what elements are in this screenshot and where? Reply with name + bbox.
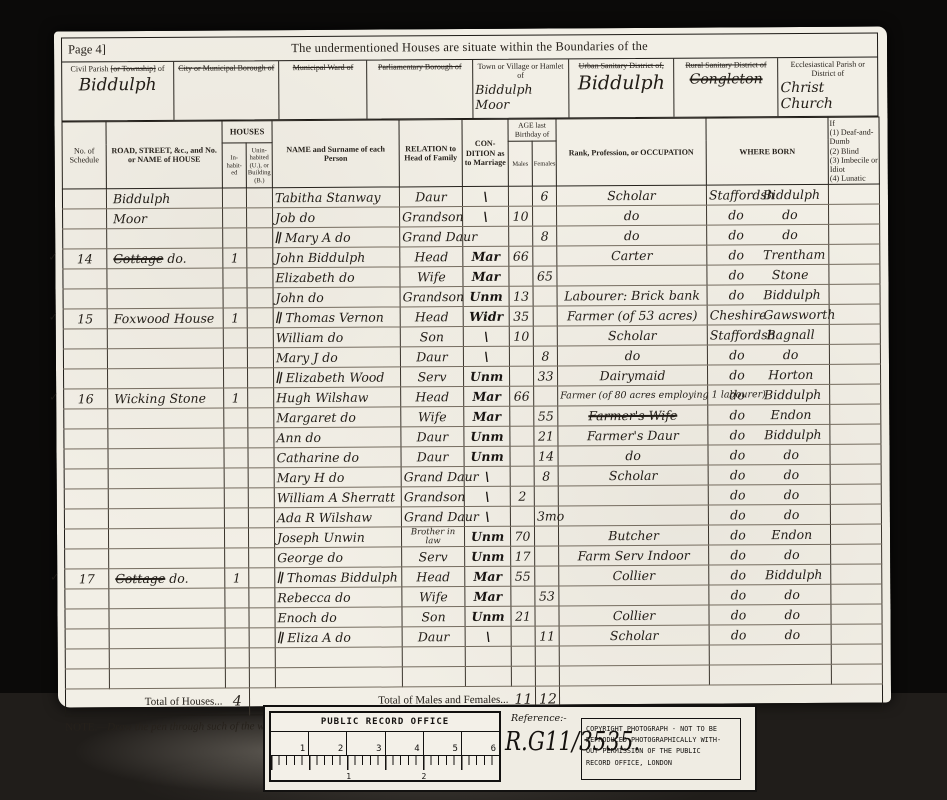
condition-cell: Unm (464, 447, 510, 467)
where-born-cell (709, 645, 831, 666)
age-female-cell: 53 (535, 586, 559, 606)
relation-cell: Daur (400, 347, 463, 367)
relation-cell: Grandson (400, 287, 463, 307)
where-born-cell: dodo (708, 445, 830, 466)
condition-cell (465, 647, 511, 667)
inhabited-cell: 1 (224, 388, 248, 408)
age-female-cell: 14 (534, 446, 558, 466)
name-cell: William do (273, 327, 400, 348)
condition-cell: Unm (463, 287, 509, 307)
infirmity-cell (830, 484, 881, 504)
age-male-cell: 35 (509, 306, 533, 326)
infirmity-cell (830, 524, 881, 544)
relation-cell: Serv (402, 547, 465, 567)
uninhabited-cell (247, 308, 273, 328)
house-cell (107, 288, 223, 309)
copyright-notice: COPYRIGHT PHOTOGRAPH - NOT TO BE REPRODU… (581, 718, 741, 780)
age-female-cell (534, 526, 558, 546)
condition-cell: \ (463, 327, 509, 347)
age-female-cell: 8 (533, 226, 557, 246)
inhabited-cell (223, 348, 247, 368)
inhabited-cell (224, 368, 248, 388)
house-cell: Moor (107, 208, 223, 229)
house-cell: Cottage do. (107, 248, 223, 269)
infirmity-cell (829, 204, 880, 224)
name-cell: Mary J do (273, 347, 400, 368)
schedule-cell (64, 469, 108, 489)
house-cell (109, 608, 225, 629)
uninhabited-cell (247, 248, 273, 268)
census-scan: Page 4] The undermentioned Houses are si… (0, 0, 947, 800)
where-born-cell: doBiddulph (708, 425, 830, 446)
inhabited-cell: 1 (223, 308, 247, 328)
age-male-cell: 66 (509, 246, 533, 266)
relation-cell: Daur (401, 447, 464, 467)
condition-cell: \ (464, 487, 510, 507)
house-cell (109, 548, 225, 569)
col-schedule: No. ofSchedule (62, 122, 106, 190)
condition-cell: Widr (463, 307, 509, 327)
ecclesiastical-value: Christ Church (780, 80, 875, 113)
col-condition: CON-DITION as to Marriage (462, 119, 508, 187)
age-male-cell: 2 (510, 486, 534, 506)
inhabited-cell (224, 508, 248, 528)
uninhabited-cell (249, 648, 275, 668)
uninhabited-cell (248, 368, 274, 388)
col-born: WHERE BORN (706, 117, 828, 185)
name-cell: Enoch do (275, 607, 402, 628)
house-cell: Wicking Stone (108, 388, 224, 409)
house-cell (108, 488, 224, 509)
schedule-cell (64, 429, 108, 449)
infirmity-cell (829, 264, 880, 284)
where-born-cell: doBiddulph (708, 385, 830, 406)
age-female-cell: 65 (533, 266, 557, 286)
district-urban-sanitary: Urban Sanitary District of, Biddulph (569, 59, 675, 118)
uninhabited-cell (249, 548, 275, 568)
age-female-cell (535, 546, 559, 566)
schedule-cell (65, 649, 109, 669)
schedule-cell: ✓15 (63, 309, 107, 329)
name-cell: John do (273, 287, 400, 308)
where-born-cell: StaffordshBagnall (707, 325, 829, 346)
relation-cell: Wife (401, 407, 464, 427)
relation-cell: Grand Daur (401, 507, 464, 527)
relation-cell: Grand Daur (401, 467, 464, 487)
reference-label: Reference:- (511, 713, 567, 724)
inhabited-cell: 1 (225, 568, 249, 588)
name-cell: ∥Thomas Vernon (273, 307, 400, 328)
col-females: Females (532, 141, 556, 186)
age-male-cell (510, 506, 534, 526)
age-female-cell (535, 606, 559, 626)
occupation-cell: Scholar (556, 185, 706, 206)
inhabited-cell (225, 668, 249, 688)
name-cell: Hugh Wilshaw (274, 387, 401, 408)
condition-cell: Mar (465, 567, 511, 587)
relation-cell: Serv (401, 367, 464, 387)
name-cell: Rebecca do (275, 587, 402, 608)
condition-cell: Unm (464, 427, 510, 447)
inhabited-cell (224, 448, 248, 468)
condition-cell: Mar (465, 587, 511, 607)
relation-cell: Son (400, 327, 463, 347)
district-parliamentary-borough: Parliamentary Borough of (367, 60, 473, 119)
uninhabited-cell (249, 628, 275, 648)
infirmity-cell (828, 184, 879, 204)
occupation-cell: Dairymaid (558, 365, 708, 386)
name-cell: Catharine do (274, 447, 401, 468)
infirmity-cell (829, 304, 880, 324)
house-cell (108, 368, 224, 389)
age-female-cell: 3mo (534, 506, 558, 526)
ruler-ticks: 1 2 (271, 756, 499, 780)
district-ecclesiastical: Ecclesiastical Parish or District of Chr… (778, 58, 877, 117)
age-male-cell (511, 666, 535, 686)
schedule-cell (64, 369, 108, 389)
condition-cell: \ (462, 187, 508, 207)
occupation-cell (558, 485, 708, 506)
condition-cell: Mar (463, 267, 509, 287)
uninhabited-cell (248, 508, 274, 528)
where-born-cell: dodo (709, 585, 831, 606)
scale-cells: 1 2 3 4 5 6 (271, 732, 499, 756)
inhabited-cell (225, 628, 249, 648)
relation-cell (402, 667, 465, 687)
where-born-cell: dodo (709, 625, 831, 646)
name-cell: William A Sherratt (274, 487, 401, 508)
district-rural-sanitary: Rural Sanitary District of Congleton (675, 58, 779, 117)
occupation-cell: do (557, 345, 707, 366)
infirmity-cell (830, 424, 881, 444)
house-cell (107, 328, 223, 349)
schedule-cell (63, 229, 107, 249)
occupation-cell: do (557, 205, 707, 226)
schedule-cell (62, 189, 106, 209)
condition-cell (465, 667, 511, 687)
relation-cell: Head (402, 567, 465, 587)
occupation-cell (559, 585, 709, 606)
schedule-cell (63, 329, 107, 349)
age-female-cell (535, 666, 559, 686)
relation-cell: Grandson (401, 487, 464, 507)
name-cell: Tabitha Stanway (272, 187, 399, 208)
name-cell: Elizabeth do (273, 267, 400, 288)
house-cell: Cottage do. (109, 568, 225, 589)
table-body: BiddulphTabitha StanwayDaur\6ScholarStaf… (62, 184, 882, 689)
name-cell: John Biddulph (273, 247, 400, 268)
schedule-cell (63, 209, 107, 229)
uninhabited-cell (247, 228, 273, 248)
schedule-cell: ✓17 (65, 569, 109, 589)
occupation-cell: Collier (559, 565, 709, 586)
where-born-cell (709, 665, 831, 686)
age-male-cell: 10 (509, 326, 533, 346)
age-male-cell (509, 366, 533, 386)
enumerator-mark: ∥ (276, 630, 286, 646)
age-male-cell (509, 226, 533, 246)
age-male-cell: 70 (510, 526, 534, 546)
occupation-cell (557, 265, 707, 286)
where-born-cell: dodo (708, 465, 830, 486)
col-males: Males (508, 142, 532, 187)
age-female-cell: 11 (535, 626, 559, 646)
age-male-cell (510, 446, 534, 466)
col-uninhabited: Unin-habited (U.), or Building (B.) (246, 143, 272, 188)
name-cell: ∥Eliza A do (275, 627, 402, 648)
infirmity-cell (831, 624, 882, 644)
occupation-cell (558, 505, 708, 526)
where-born-cell: doStone (707, 265, 829, 286)
age-female-cell: 21 (534, 426, 558, 446)
relation-cell: Wife (402, 587, 465, 607)
col-age-group: AGE last Birthday of (508, 119, 556, 142)
name-cell: ∥Elizabeth Wood (274, 367, 401, 388)
schedule-cell (65, 589, 109, 609)
age-female-cell (535, 646, 559, 666)
infirmity-cell (830, 404, 881, 424)
enumerator-mark: ∥ (276, 570, 286, 586)
age-male-cell (510, 406, 534, 426)
schedule-cell (64, 409, 108, 429)
schedule-cell (63, 269, 107, 289)
civil-parish-value: Biddulph (79, 75, 157, 95)
col-relation: RELATION to Head of Family (399, 120, 462, 188)
house-cell (107, 348, 223, 369)
age-female-cell: 8 (533, 346, 557, 366)
col-houses-group: HOUSES (222, 121, 272, 144)
age-male-cell: 21 (511, 606, 535, 626)
condition-cell: Mar (464, 407, 510, 427)
where-born-cell: doEndon (708, 405, 830, 426)
inhabited-cell (225, 608, 249, 628)
inhabited-cell (223, 228, 247, 248)
uninhabited-cell (248, 528, 274, 548)
relation-cell: Wife (400, 267, 463, 287)
inhabited-cell (222, 188, 246, 208)
total-houses-value: 4 (225, 688, 249, 715)
relation-cell: Head (401, 387, 464, 407)
condition-cell: \ (465, 627, 511, 647)
age-female-cell: 55 (534, 406, 558, 426)
infirmity-cell (830, 444, 881, 464)
where-born-cell: doTrentham (707, 245, 829, 266)
age-male-cell: 13 (509, 286, 533, 306)
page-title-row: Page 4] The undermentioned Houses are si… (61, 33, 878, 62)
age-female-cell (533, 306, 557, 326)
name-cell: Ann do (274, 427, 401, 448)
inhabited-cell (223, 208, 247, 228)
relation-cell: Brother in law (401, 527, 464, 547)
col-road: ROAD, STREET, &c., and No. or NAME of HO… (106, 121, 222, 189)
uninhabited-cell (247, 288, 273, 308)
uninhabited-cell (247, 348, 273, 368)
infirmity-cell (830, 464, 881, 484)
occupation-cell: Butcher (558, 525, 708, 546)
house-cell (108, 528, 224, 549)
age-male-cell (510, 466, 534, 486)
age-male-cell: 55 (511, 566, 535, 586)
check-mark: ✓ (49, 311, 58, 324)
occupation-cell: Carter (557, 245, 707, 266)
district-municipal-ward: Municipal Ward of (280, 61, 368, 120)
schedule-cell (65, 629, 109, 649)
relation-cell: Head (400, 307, 463, 327)
schedule-cell (64, 529, 108, 549)
occupation-cell: Labourer: Brick bank (557, 285, 707, 306)
uninhabited-cell (248, 388, 274, 408)
condition-cell: \ (463, 347, 509, 367)
schedule-cell (64, 489, 108, 509)
house-cell (108, 428, 224, 449)
house-cell (108, 408, 224, 429)
enumeration-table: No. ofSchedule ROAD, STREET, &c., and No… (61, 117, 883, 717)
check-mark: ✓ (48, 251, 57, 264)
condition-cell: Unm (465, 547, 511, 567)
infirmity-cell (830, 364, 881, 384)
column-headers: No. ofSchedule ROAD, STREET, &c., and No… (62, 117, 879, 189)
page-title: The undermentioned Houses are situate wi… (62, 38, 877, 58)
relation-cell: Daur (402, 627, 465, 647)
where-born-cell: dodo (708, 485, 830, 506)
age-female-cell (533, 206, 557, 226)
house-cell (107, 268, 223, 289)
uninhabited-cell (249, 668, 275, 688)
enumerator-mark: ∥ (274, 310, 284, 326)
census-page: Page 4] The undermentioned Houses are si… (54, 26, 891, 707)
age-female-cell: 6 (532, 186, 556, 206)
occupation-cell: do (557, 225, 707, 246)
rural-sanitary-value: Congleton (690, 71, 763, 87)
where-born-cell: StaffordshBiddulph (706, 185, 828, 206)
age-female-cell (535, 566, 559, 586)
house-cell (108, 508, 224, 529)
where-born-cell: doHorton (708, 365, 830, 386)
condition-cell: \ (463, 207, 509, 227)
occupation-cell: Farmer's Daur (558, 425, 708, 446)
condition-cell: Unm (463, 367, 509, 387)
infirmity-cell (831, 604, 882, 624)
schedule-cell: ✓14 (63, 249, 107, 269)
relation-cell: Son (402, 607, 465, 627)
inhabited-cell (224, 408, 248, 428)
schedule-cell (64, 509, 108, 529)
age-male-cell (508, 186, 532, 206)
infirmity-cell (831, 664, 882, 684)
page-number: Page 4] (68, 42, 106, 57)
pro-title: PUBLIC RECORD OFFICE (271, 713, 499, 732)
inhabited-cell (224, 468, 248, 488)
age-male-cell (509, 346, 533, 366)
inhabited-cell: 1 (223, 248, 247, 268)
house-cell (109, 588, 225, 609)
age-male-cell (511, 626, 535, 646)
uninhabited-cell (248, 468, 274, 488)
inhabited-cell (225, 548, 249, 568)
infirmity-cell (831, 584, 882, 604)
age-female-cell: 8 (534, 466, 558, 486)
uninhabited-cell (247, 208, 273, 228)
total-houses-label: Total of Houses... (109, 688, 225, 716)
name-cell: Mary H do (274, 467, 401, 488)
occupation-cell: Scholar (558, 465, 708, 486)
schedule-cell (65, 609, 109, 629)
age-male-cell: 10 (509, 206, 533, 226)
condition-cell: Mar (464, 387, 510, 407)
name-cell: ∥Thomas Biddulph (275, 567, 402, 588)
infirmity-cell (829, 344, 880, 364)
age-female-cell (534, 386, 558, 406)
where-born-cell: CheshireGawsworth (707, 305, 829, 326)
age-female-cell (534, 486, 558, 506)
inhabited-cell (224, 428, 248, 448)
public-record-office-stamp: PUBLIC RECORD OFFICE 1 2 3 4 5 6 1 2 Ref… (263, 705, 757, 792)
condition-cell: Unm (465, 607, 511, 627)
house-cell: Foxwood House (107, 308, 223, 329)
infirmity-cell (831, 544, 882, 564)
occupation-cell: Collier (559, 605, 709, 626)
age-male-cell: 66 (510, 386, 534, 406)
occupation-cell: Farmer (of 80 acres employing 1 labourer… (558, 385, 708, 406)
where-born-cell: dodo (708, 505, 830, 526)
name-cell (275, 647, 402, 668)
uninhabited-cell (248, 428, 274, 448)
col-occupation: Rank, Profession, or OCCUPATION (556, 118, 706, 186)
occupation-cell: do (558, 445, 708, 466)
house-cell (107, 228, 223, 249)
occupation-cell: Scholar (557, 325, 707, 346)
occupation-cell (559, 665, 709, 686)
name-cell: Job do (273, 207, 400, 228)
district-town-village: Town or Village or Hamlet of Biddulph Mo… (473, 59, 569, 118)
house-cell: Biddulph (106, 188, 222, 209)
enumerator-mark: ∥ (275, 370, 285, 386)
schedule-cell (63, 289, 107, 309)
house-cell (108, 448, 224, 469)
inhabited-cell (223, 268, 247, 288)
house-cell (109, 648, 225, 669)
age-female-cell (533, 326, 557, 346)
district-city-borough: City or Municipal Borough of (174, 61, 280, 120)
infirmity-cell (831, 644, 882, 664)
uninhabited-cell (248, 408, 274, 428)
where-born-cell: dodo (707, 345, 829, 366)
infirmity-cell (829, 224, 880, 244)
condition-cell: Unm (464, 527, 510, 547)
relation-cell: Grand Daur (400, 227, 463, 247)
age-male-cell: 17 (511, 546, 535, 566)
age-female-cell (533, 246, 557, 266)
where-born-cell: doEndon (708, 525, 830, 546)
schedule-cell (65, 549, 109, 569)
uninhabited-cell (248, 488, 274, 508)
check-mark: ✓ (49, 391, 58, 404)
where-born-cell: dodo (707, 205, 829, 226)
relation-cell: Daur (401, 427, 464, 447)
infirmity-cell (829, 324, 880, 344)
uninhabited-cell (246, 188, 272, 208)
occupation-cell: Farmer's Wife (558, 405, 708, 426)
enumerator-mark: ∥ (274, 230, 284, 246)
name-cell: George do (275, 547, 402, 568)
where-born-cell: doBiddulph (707, 285, 829, 306)
name-cell (275, 667, 402, 688)
uninhabited-cell (249, 568, 275, 588)
occupation-cell (559, 645, 709, 666)
occupation-cell: Farmer (of 53 acres) (557, 305, 707, 326)
where-born-cell: dodo (709, 545, 831, 566)
age-male-cell (511, 586, 535, 606)
